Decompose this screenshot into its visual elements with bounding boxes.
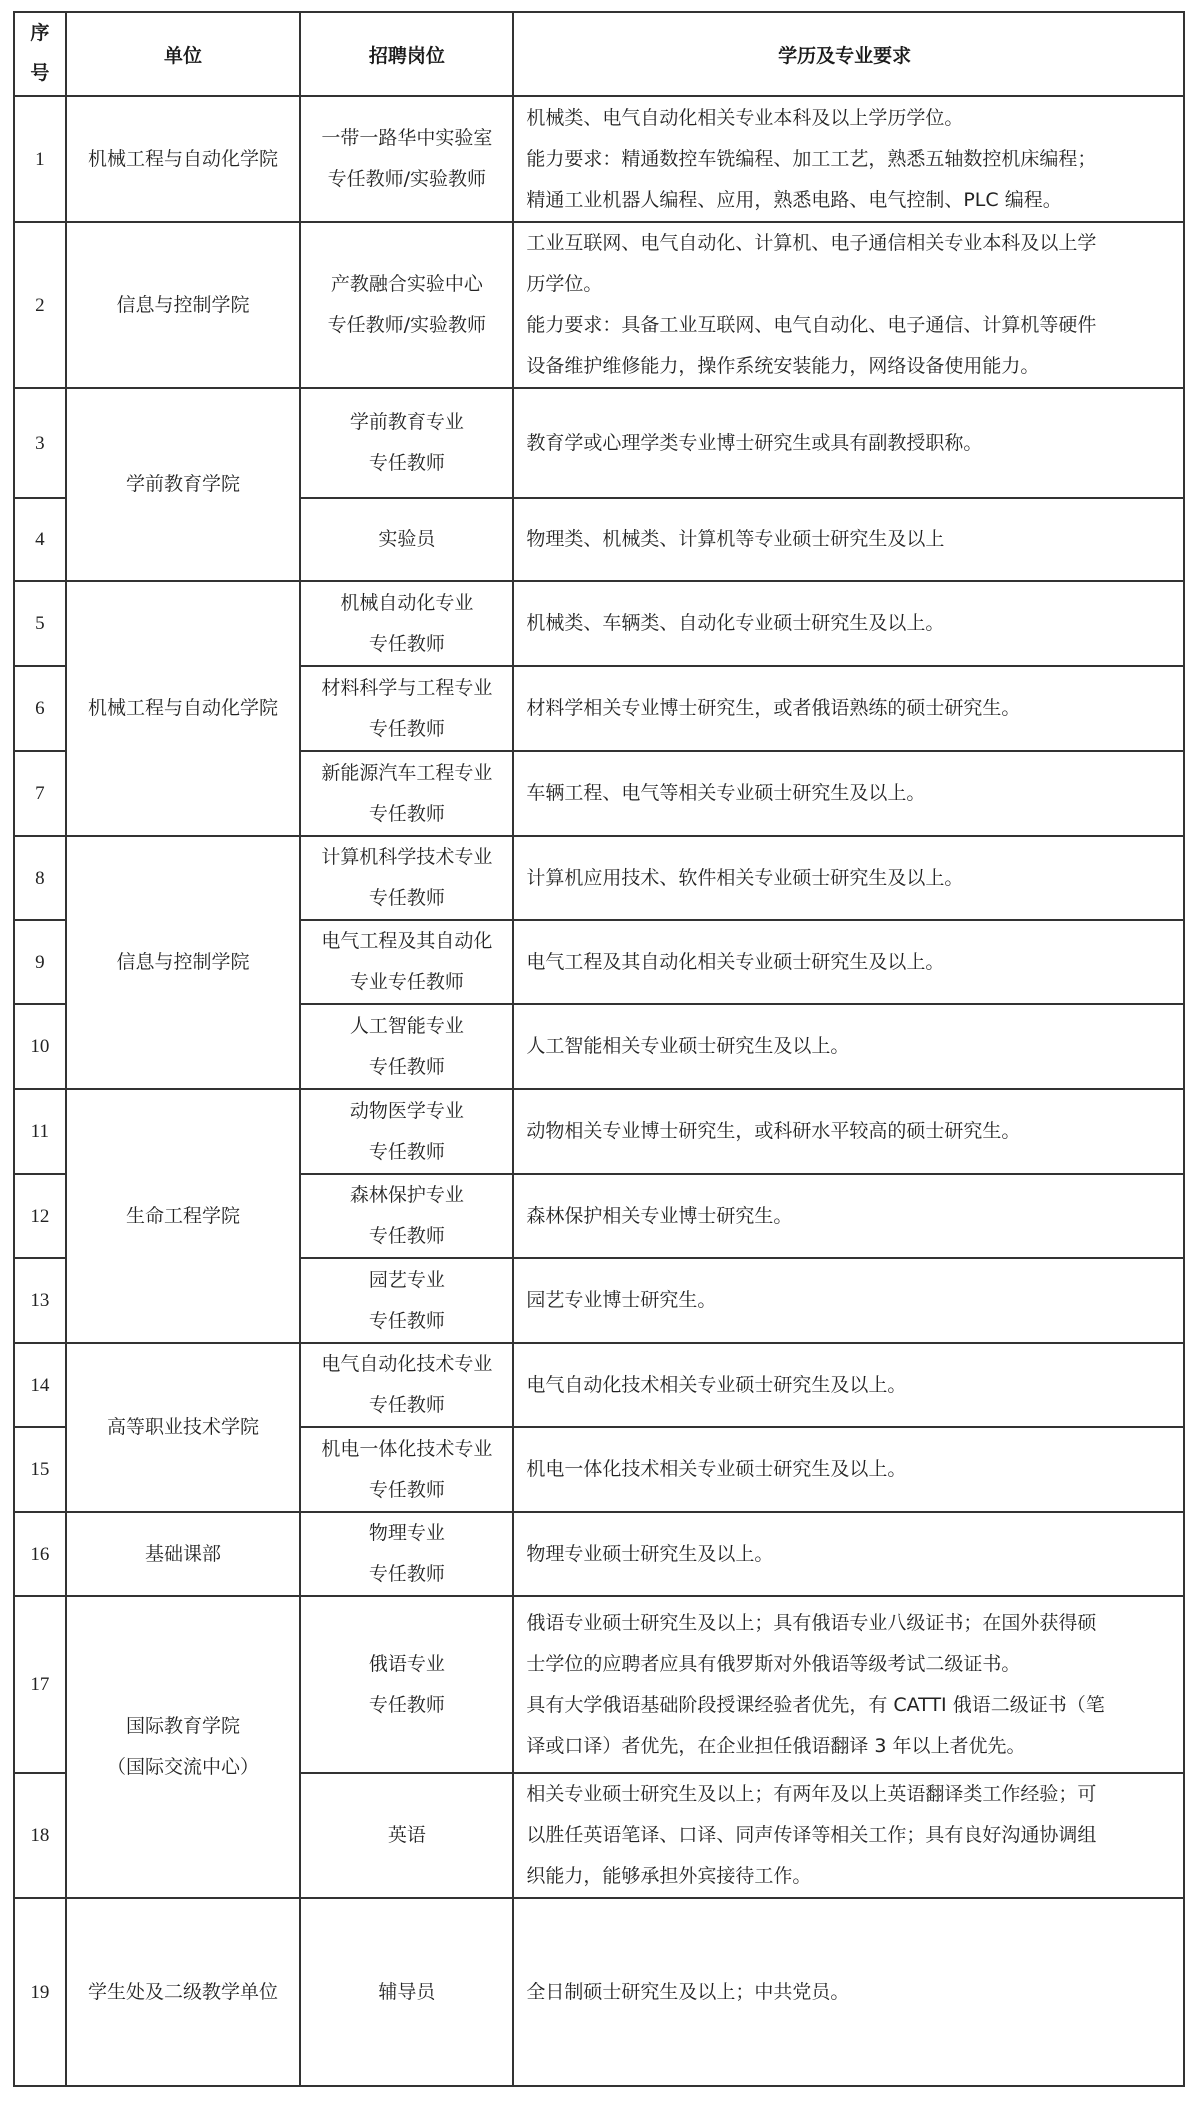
position-line: 专任教师 (301, 1301, 512, 1342)
table-row: 14 高等职业技术学院 电气自动化技术专业 专任教师 电气自动化技术相关专业硕士… (14, 1343, 1184, 1427)
position-line: 材料科学与工程专业 (301, 668, 512, 709)
serial-no: 2 (14, 222, 66, 388)
table-row: 3 学前教育学院 学前教育专业 专任教师 教育学或心理学类专业博士研究生或具有副… (14, 388, 1184, 498)
requirements-cell: 人工智能相关专业硕士研究生及以上。 (513, 1004, 1184, 1089)
table-row: 2 信息与控制学院 产教融合实验中心 专任教师/实验教师 工业互联网、电气自动化… (14, 222, 1184, 388)
table-row: 19 学生处及二级教学单位 辅导员 全日制硕士研究生及以上；中共党员。 (14, 1898, 1184, 2086)
table-header-row: 序 号 单位 招聘岗位 学历及专业要求 (14, 12, 1184, 96)
position-line: 机电一体化技术专业 (301, 1429, 512, 1470)
position-line: 专任教师 (301, 1132, 512, 1173)
unit-name: 高等职业技术学院 (67, 1407, 300, 1448)
position-line: 俄语专业 (301, 1644, 512, 1685)
header-serial-no-line1: 序 (15, 14, 65, 54)
unit-cell: 信息与控制学院 (66, 222, 301, 388)
requirement-line: 电气工程及其自动化相关专业硕士研究生及以上。 (526, 942, 1175, 983)
table-row: 8 信息与控制学院 计算机科学技术专业 专任教师 计算机应用技术、软件相关专业硕… (14, 836, 1184, 920)
unit-cell: 基础课部 (66, 1512, 301, 1596)
requirement-line: 历学位。 (526, 264, 1175, 305)
requirement-line: 电气自动化技术相关专业硕士研究生及以上。 (526, 1365, 1175, 1406)
position-line: 园艺专业 (301, 1260, 512, 1301)
position-line: 电气自动化技术专业 (301, 1344, 512, 1385)
recruitment-table: 序 号 单位 招聘岗位 学历及专业要求 1 机械工程与自动化学院 一带一路华中实… (13, 11, 1185, 2087)
unit-name: 生命工程学院 (67, 1196, 300, 1237)
position-line: 专任教师 (301, 1685, 512, 1726)
serial-no: 6 (14, 666, 66, 751)
requirements-cell: 物理类、机械类、计算机等专业硕士研究生及以上 (513, 498, 1184, 581)
unit-name: 信息与控制学院 (67, 942, 300, 983)
position-line: 专任教师 (301, 794, 512, 835)
unit-name: 信息与控制学院 (67, 285, 300, 326)
position-line: 专任教师 (301, 1470, 512, 1511)
requirements-cell: 俄语专业硕士研究生及以上；具有俄语专业八级证书；在国外获得硕 士学位的应聘者应具… (513, 1596, 1184, 1773)
serial-no: 12 (14, 1174, 66, 1258)
position-line: 动物医学专业 (301, 1091, 512, 1132)
requirement-line: 译或口译）者优先，在企业担任俄语翻译 3 年以上者优先。 (526, 1726, 1175, 1767)
requirement-line: 织能力，能够承担外宾接待工作。 (526, 1856, 1175, 1897)
position-line: 新能源汽车工程专业 (301, 753, 512, 794)
serial-no: 5 (14, 581, 66, 666)
requirement-line: 园艺专业博士研究生。 (526, 1280, 1175, 1321)
position-cell: 辅导员 (300, 1898, 513, 2086)
position-cell: 森林保护专业 专任教师 (300, 1174, 513, 1258)
requirement-line: 计算机应用技术、软件相关专业硕士研究生及以上。 (526, 858, 1175, 899)
position-line: 实验员 (301, 519, 512, 560)
unit-cell: 机械工程与自动化学院 (66, 96, 301, 222)
unit-name: 学前教育学院 (67, 464, 300, 505)
serial-no: 7 (14, 751, 66, 836)
position-line: 产教融合实验中心 (301, 264, 512, 305)
requirement-line: 物理类、机械类、计算机等专业硕士研究生及以上 (526, 519, 1175, 560)
requirements-cell: 园艺专业博士研究生。 (513, 1258, 1184, 1343)
requirement-line: 具有大学俄语基础阶段授课经验者优先，有 CATTI 俄语二级证书（笔 (526, 1685, 1175, 1726)
requirement-line: 俄语专业硕士研究生及以上；具有俄语专业八级证书；在国外获得硕 (526, 1603, 1175, 1644)
requirements-cell: 材料学相关专业博士研究生，或者俄语熟练的硕士研究生。 (513, 666, 1184, 751)
requirements-cell: 森林保护相关专业博士研究生。 (513, 1174, 1184, 1258)
requirement-line: 材料学相关专业博士研究生，或者俄语熟练的硕士研究生。 (526, 688, 1175, 729)
requirements-cell: 电气自动化技术相关专业硕士研究生及以上。 (513, 1343, 1184, 1427)
position-line: 一带一路华中实验室 (301, 118, 512, 159)
position-cell: 俄语专业 专任教师 (300, 1596, 513, 1773)
serial-no: 3 (14, 388, 66, 498)
serial-no: 18 (14, 1773, 66, 1898)
serial-no: 17 (14, 1596, 66, 1773)
requirements-cell: 工业互联网、电气自动化、计算机、电子通信相关专业本科及以上学 历学位。 能力要求… (513, 222, 1184, 388)
requirements-cell: 机械类、车辆类、自动化专业硕士研究生及以上。 (513, 581, 1184, 666)
table-row: 5 机械工程与自动化学院 机械自动化专业 专任教师 机械类、车辆类、自动化专业硕… (14, 581, 1184, 666)
serial-no: 8 (14, 836, 66, 920)
unit-name: 机械工程与自动化学院 (67, 688, 300, 729)
serial-no: 4 (14, 498, 66, 581)
unit-cell: 生命工程学院 (66, 1089, 301, 1343)
unit-name: 学生处及二级教学单位 (67, 1972, 300, 2013)
serial-no: 16 (14, 1512, 66, 1596)
requirements-cell: 全日制硕士研究生及以上；中共党员。 (513, 1898, 1184, 2086)
requirement-line: 动物相关专业博士研究生，或科研水平较高的硕士研究生。 (526, 1111, 1175, 1152)
unit-cell: 机械工程与自动化学院 (66, 581, 301, 836)
requirements-cell: 机电一体化技术相关专业硕士研究生及以上。 (513, 1427, 1184, 1512)
position-cell: 机电一体化技术专业 专任教师 (300, 1427, 513, 1512)
position-cell: 园艺专业 专任教师 (300, 1258, 513, 1343)
requirement-line: 士学位的应聘者应具有俄罗斯对外俄语等级考试二级证书。 (526, 1644, 1175, 1685)
position-line: 专任教师 (301, 878, 512, 919)
requirements-cell: 机械类、电气自动化相关专业本科及以上学历学位。 能力要求：精通数控车铣编程、加工… (513, 96, 1184, 222)
position-cell: 产教融合实验中心 专任教师/实验教师 (300, 222, 513, 388)
position-line: 机械自动化专业 (301, 583, 512, 624)
position-line: 电气工程及其自动化 (301, 921, 512, 962)
position-line: 专任教师 (301, 1385, 512, 1426)
position-line: 专任教师/实验教师 (301, 305, 512, 346)
serial-no: 10 (14, 1004, 66, 1089)
unit-cell: 学生处及二级教学单位 (66, 1898, 301, 2086)
requirement-line: 机电一体化技术相关专业硕士研究生及以上。 (526, 1449, 1175, 1490)
position-line: 专任教师 (301, 1216, 512, 1257)
position-line: 物理专业 (301, 1513, 512, 1554)
position-cell: 动物医学专业 专任教师 (300, 1089, 513, 1174)
serial-no: 9 (14, 920, 66, 1004)
header-requirements: 学历及专业要求 (513, 12, 1184, 96)
unit-name: 机械工程与自动化学院 (67, 139, 300, 180)
position-cell: 人工智能专业 专任教师 (300, 1004, 513, 1089)
requirements-cell: 动物相关专业博士研究生，或科研水平较高的硕士研究生。 (513, 1089, 1184, 1174)
position-line: 专任教师 (301, 709, 512, 750)
requirement-line: 精通工业机器人编程、应用，熟悉电路、电气控制、PLC 编程。 (526, 180, 1175, 221)
position-line: 专任教师/实验教师 (301, 159, 512, 200)
requirement-line: 设备维护维修能力，操作系统安装能力，网络设备使用能力。 (526, 346, 1175, 387)
position-line: 英语 (301, 1815, 512, 1856)
position-cell: 电气工程及其自动化 专业专任教师 (300, 920, 513, 1004)
position-line: 学前教育专业 (301, 402, 512, 443)
position-cell: 机械自动化专业 专任教师 (300, 581, 513, 666)
unit-cell: 学前教育学院 (66, 388, 301, 581)
position-cell: 英语 (300, 1773, 513, 1898)
table-row: 11 生命工程学院 动物医学专业 专任教师 动物相关专业博士研究生，或科研水平较… (14, 1089, 1184, 1174)
position-line: 森林保护专业 (301, 1175, 512, 1216)
table-row: 17 国际教育学院 （国际交流中心） 俄语专业 专任教师 俄语专业硕士研究生及以… (14, 1596, 1184, 1773)
position-cell: 计算机科学技术专业 专任教师 (300, 836, 513, 920)
requirement-line: 车辆工程、电气等相关专业硕士研究生及以上。 (526, 773, 1175, 814)
unit-cell: 国际教育学院 （国际交流中心） (66, 1596, 301, 1898)
requirement-line: 能力要求：具备工业互联网、电气自动化、电子通信、计算机等硬件 (526, 305, 1175, 346)
requirement-line: 物理专业硕士研究生及以上。 (526, 1534, 1175, 1575)
requirement-line: 以胜任英语笔译、口译、同声传译等相关工作；具有良好沟通协调组 (526, 1815, 1175, 1856)
position-line: 人工智能专业 (301, 1006, 512, 1047)
position-cell: 实验员 (300, 498, 513, 581)
position-cell: 物理专业 专任教师 (300, 1512, 513, 1596)
requirements-cell: 物理专业硕士研究生及以上。 (513, 1512, 1184, 1596)
unit-cell: 信息与控制学院 (66, 836, 301, 1089)
header-serial-no-line2: 号 (15, 54, 65, 94)
requirement-line: 教育学或心理学类专业博士研究生或具有副教授职称。 (526, 423, 1175, 464)
requirement-line: 相关专业硕士研究生及以上；有两年及以上英语翻译类工作经验；可 (526, 1774, 1175, 1815)
serial-no: 14 (14, 1343, 66, 1427)
serial-no: 19 (14, 1898, 66, 2086)
position-cell: 学前教育专业 专任教师 (300, 388, 513, 498)
unit-name: （国际交流中心） (67, 1747, 300, 1788)
position-cell: 一带一路华中实验室 专任教师/实验教师 (300, 96, 513, 222)
position-line: 专任教师 (301, 1554, 512, 1595)
position-cell: 电气自动化技术专业 专任教师 (300, 1343, 513, 1427)
requirements-cell: 计算机应用技术、软件相关专业硕士研究生及以上。 (513, 836, 1184, 920)
position-line: 专业专任教师 (301, 962, 512, 1003)
position-line: 专任教师 (301, 443, 512, 484)
unit-name: 基础课部 (67, 1534, 300, 1575)
requirements-cell: 相关专业硕士研究生及以上；有两年及以上英语翻译类工作经验；可 以胜任英语笔译、口… (513, 1773, 1184, 1898)
header-unit: 单位 (66, 12, 301, 96)
serial-no: 15 (14, 1427, 66, 1512)
serial-no: 13 (14, 1258, 66, 1343)
requirements-cell: 车辆工程、电气等相关专业硕士研究生及以上。 (513, 751, 1184, 836)
unit-name: 国际教育学院 (67, 1706, 300, 1747)
requirement-line: 人工智能相关专业硕士研究生及以上。 (526, 1026, 1175, 1067)
requirement-line: 机械类、电气自动化相关专业本科及以上学历学位。 (526, 98, 1175, 139)
unit-cell: 高等职业技术学院 (66, 1343, 301, 1512)
requirement-line: 全日制硕士研究生及以上；中共党员。 (526, 1972, 1175, 2013)
serial-no: 1 (14, 96, 66, 222)
table-row: 1 机械工程与自动化学院 一带一路华中实验室 专任教师/实验教师 机械类、电气自… (14, 96, 1184, 222)
requirement-line: 工业互联网、电气自动化、计算机、电子通信相关专业本科及以上学 (526, 223, 1175, 264)
position-line: 专任教师 (301, 624, 512, 665)
requirement-line: 机械类、车辆类、自动化专业硕士研究生及以上。 (526, 603, 1175, 644)
position-line: 专任教师 (301, 1047, 512, 1088)
position-line: 辅导员 (301, 1972, 512, 2013)
table-row: 16 基础课部 物理专业 专任教师 物理专业硕士研究生及以上。 (14, 1512, 1184, 1596)
requirements-cell: 电气工程及其自动化相关专业硕士研究生及以上。 (513, 920, 1184, 1004)
position-cell: 材料科学与工程专业 专任教师 (300, 666, 513, 751)
serial-no: 11 (14, 1089, 66, 1174)
header-position: 招聘岗位 (300, 12, 513, 96)
requirement-line: 能力要求：精通数控车铣编程、加工工艺，熟悉五轴数控机床编程； (526, 139, 1175, 180)
header-serial-no: 序 号 (14, 12, 66, 96)
requirements-cell: 教育学或心理学类专业博士研究生或具有副教授职称。 (513, 388, 1184, 498)
position-line: 计算机科学技术专业 (301, 837, 512, 878)
position-cell: 新能源汽车工程专业 专任教师 (300, 751, 513, 836)
requirement-line: 森林保护相关专业博士研究生。 (526, 1196, 1175, 1237)
